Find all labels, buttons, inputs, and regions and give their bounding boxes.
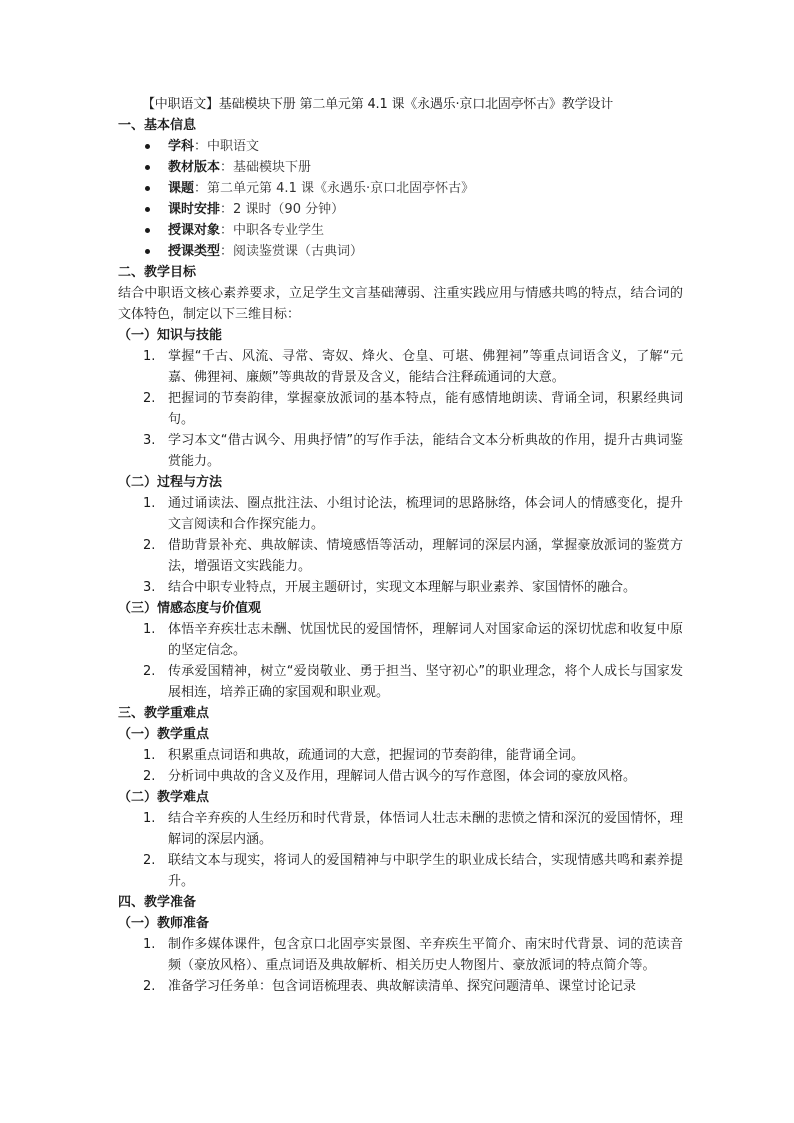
subsection-heading: （一）教学重点 [118,724,683,745]
document-content: 【中职语文】基础模块下册 第二单元第 4.1 课《永遇乐·京口北固亭怀古》教学设… [118,94,683,997]
bullet-icon [145,228,150,233]
list-item: 2.借助背景补充、典故解读、情境感悟等活动，理解词的深层内涵，掌握豪放派词的鉴赏… [118,535,683,577]
info-key: 课时安排 [168,202,220,217]
item-number: 1. [143,808,155,829]
list-item: 3.结合中职专业特点，开展主题研讨，实现文本理解与职业素养、家国情怀的融合。 [118,577,683,598]
info-sep: ： [194,139,207,154]
section-heading-preparation: 四、教学准备 [118,892,683,913]
info-key: 课题 [168,181,194,196]
numbered-list: 1.通过诵读法、圈点批注法、小组讨论法，梳理词的思路脉络，体会词人的情感变化，提… [118,493,683,598]
list-item: 2.把握词的节奏韵律，掌握豪放派词的基本特点，能有感情地朗读、背诵全词，积累经典… [118,388,683,430]
item-text: 结合辛弃疾的人生经历和时代背景，体悟词人壮志未酬的悲愤之情和深沉的爱国情怀，理解… [168,811,683,847]
numbered-list: 1.制作多媒体课件，包含京口北固亭实景图、辛弃疾生平简介、南宋时代背景、词的范读… [118,934,683,997]
info-value: 第二单元第 4.1 课《永遇乐·京口北固亭怀古》 [207,181,474,196]
info-key: 授课对象 [168,223,220,238]
item-text: 准备学习任务单：包含词语梳理表、典故解读清单、探究问题清单、课堂讨论记录 [168,979,636,994]
info-sep: ： [220,202,233,217]
numbered-list: 1.体悟辛弃疾壮志未酬、忧国忧民的爱国情怀，理解词人对国家命运的深切忧虑和收复中… [118,619,683,703]
list-item: 3.学习本文“借古讽今、用典抒情”的写作手法，能结合文本分析典故的作用，提升古典… [118,430,683,472]
item-number: 1. [143,619,155,640]
list-item: 1.制作多媒体课件，包含京口北固亭实景图、辛弃疾生平简介、南宋时代背景、词的范读… [118,934,683,976]
info-item: 学科：中职语文 [118,136,683,157]
bullet-icon [145,207,150,212]
section-heading-teaching-goals: 二、教学目标 [118,262,683,283]
info-value: 阅读鉴赏课（古典词） [233,244,363,259]
item-number: 2. [143,850,155,871]
section-heading-basic-info: 一、基本信息 [118,115,683,136]
item-number: 1. [143,934,155,955]
subsection-heading: （一）知识与技能 [118,325,683,346]
list-item: 1.体悟辛弃疾壮志未酬、忧国忧民的爱国情怀，理解词人对国家命运的深切忧虑和收复中… [118,619,683,661]
item-number: 2. [143,976,155,997]
item-number: 2. [143,535,155,556]
numbered-list: 1.掌握“千古、风流、寻常、寄奴、烽火、仓皇、可堪、佛狸祠”等重点词语含义，了解… [118,346,683,472]
list-item: 1.掌握“千古、风流、寻常、寄奴、烽火、仓皇、可堪、佛狸祠”等重点词语含义，了解… [118,346,683,388]
info-value: 中职各专业学生 [233,223,324,238]
info-key: 学科 [168,139,194,154]
info-item: 课时安排：2 课时（90 分钟） [118,199,683,220]
item-text: 分析词中典故的含义及作用，理解词人借古讽今的写作意图，体会词的豪放风格。 [168,769,636,784]
subsection-heading: （一）教师准备 [118,913,683,934]
item-text: 积累重点词语和典故，疏通词的大意，把握词的节奏韵律，能背诵全词。 [168,748,584,763]
info-sep: ： [194,181,207,196]
bullet-icon [145,165,150,170]
bullet-icon [145,249,150,254]
info-item: 授课类型：阅读鉴赏课（古典词） [118,241,683,262]
list-item: 2.传承爱国精神，树立“爱岗敬业、勇于担当、坚守初心”的职业理念，将个人成长与国… [118,661,683,703]
subsection-heading: （三）情感态度与价值观 [118,598,683,619]
list-item: 2.分析词中典故的含义及作用，理解词人借古讽今的写作意图，体会词的豪放风格。 [118,766,683,787]
item-number: 1. [143,346,155,367]
item-text: 通过诵读法、圈点批注法、小组讨论法，梳理词的思路脉络，体会词人的情感变化，提升文… [168,496,683,532]
item-text: 制作多媒体课件，包含京口北固亭实景图、辛弃疾生平简介、南宋时代背景、词的范读音频… [168,937,683,973]
list-item: 2.准备学习任务单：包含词语梳理表、典故解读清单、探究问题清单、课堂讨论记录 [118,976,683,997]
info-value: 中职语文 [207,139,259,154]
list-item: 1.通过诵读法、圈点批注法、小组讨论法，梳理词的思路脉络，体会词人的情感变化，提… [118,493,683,535]
goals-intro: 结合中职语文核心素养要求，立足学生文言基础薄弱、注重实践应用与情感共鸣的特点，结… [118,283,683,325]
item-number: 2. [143,388,155,409]
basic-info-list: 学科：中职语文 教材版本：基础模块下册 课题：第二单元第 4.1 课《永遇乐·京… [118,136,683,262]
item-text: 结合中职专业特点，开展主题研讨，实现文本理解与职业素养、家国情怀的融合。 [168,580,636,595]
list-item: 2.联结文本与现实，将词人的爱国精神与中职学生的职业成长结合，实现情感共鸣和素养… [118,850,683,892]
subsection-heading: （二）过程与方法 [118,472,683,493]
item-number: 2. [143,661,155,682]
item-text: 传承爱国精神，树立“爱岗敬业、勇于担当、坚守初心”的职业理念，将个人成长与国家发… [168,664,683,700]
info-item: 课题：第二单元第 4.1 课《永遇乐·京口北固亭怀古》 [118,178,683,199]
item-text: 借助背景补充、典故解读、情境感悟等活动，理解词的深层内涵，掌握豪放派词的鉴赏方法… [168,538,683,574]
info-sep: ： [220,244,233,259]
item-number: 1. [143,745,155,766]
item-text: 联结文本与现实，将词人的爱国精神与中职学生的职业成长结合，实现情感共鸣和素养提升… [168,853,683,889]
document-title: 【中职语文】基础模块下册 第二单元第 4.1 课《永遇乐·京口北固亭怀古》教学设… [118,94,683,115]
info-key: 教材版本 [168,160,220,175]
section-heading-key-points: 三、教学重难点 [118,703,683,724]
subsection-heading: （二）教学难点 [118,787,683,808]
info-sep: ： [220,160,233,175]
item-text: 体悟辛弃疾壮志未酬、忧国忧民的爱国情怀，理解词人对国家命运的深切忧虑和收复中原的… [168,622,683,658]
document-page: 【中职语文】基础模块下册 第二单元第 4.1 课《永遇乐·京口北固亭怀古》教学设… [0,0,794,1123]
item-number: 3. [143,430,155,451]
item-number: 2. [143,766,155,787]
info-value: 基础模块下册 [233,160,311,175]
list-item: 1.积累重点词语和典故，疏通词的大意，把握词的节奏韵律，能背诵全词。 [118,745,683,766]
info-item: 授课对象：中职各专业学生 [118,220,683,241]
info-value: 2 课时（90 分钟） [233,202,344,217]
numbered-list: 1.结合辛弃疾的人生经历和时代背景，体悟词人壮志未酬的悲愤之情和深沉的爱国情怀，… [118,808,683,892]
info-key: 授课类型 [168,244,220,259]
item-text: 学习本文“借古讽今、用典抒情”的写作手法，能结合文本分析典故的作用，提升古典词鉴… [168,433,683,469]
item-number: 3. [143,577,155,598]
list-item: 1.结合辛弃疾的人生经历和时代背景，体悟词人壮志未酬的悲愤之情和深沉的爱国情怀，… [118,808,683,850]
item-text: 掌握“千古、风流、寻常、寄奴、烽火、仓皇、可堪、佛狸祠”等重点词语含义，了解“元… [168,349,683,385]
info-sep: ： [220,223,233,238]
bullet-icon [145,186,150,191]
bullet-icon [145,144,150,149]
item-number: 1. [143,493,155,514]
item-text: 把握词的节奏韵律，掌握豪放派词的基本特点，能有感情地朗读、背诵全词，积累经典词句… [168,391,683,427]
numbered-list: 1.积累重点词语和典故，疏通词的大意，把握词的节奏韵律，能背诵全词。 2.分析词… [118,745,683,787]
info-item: 教材版本：基础模块下册 [118,157,683,178]
